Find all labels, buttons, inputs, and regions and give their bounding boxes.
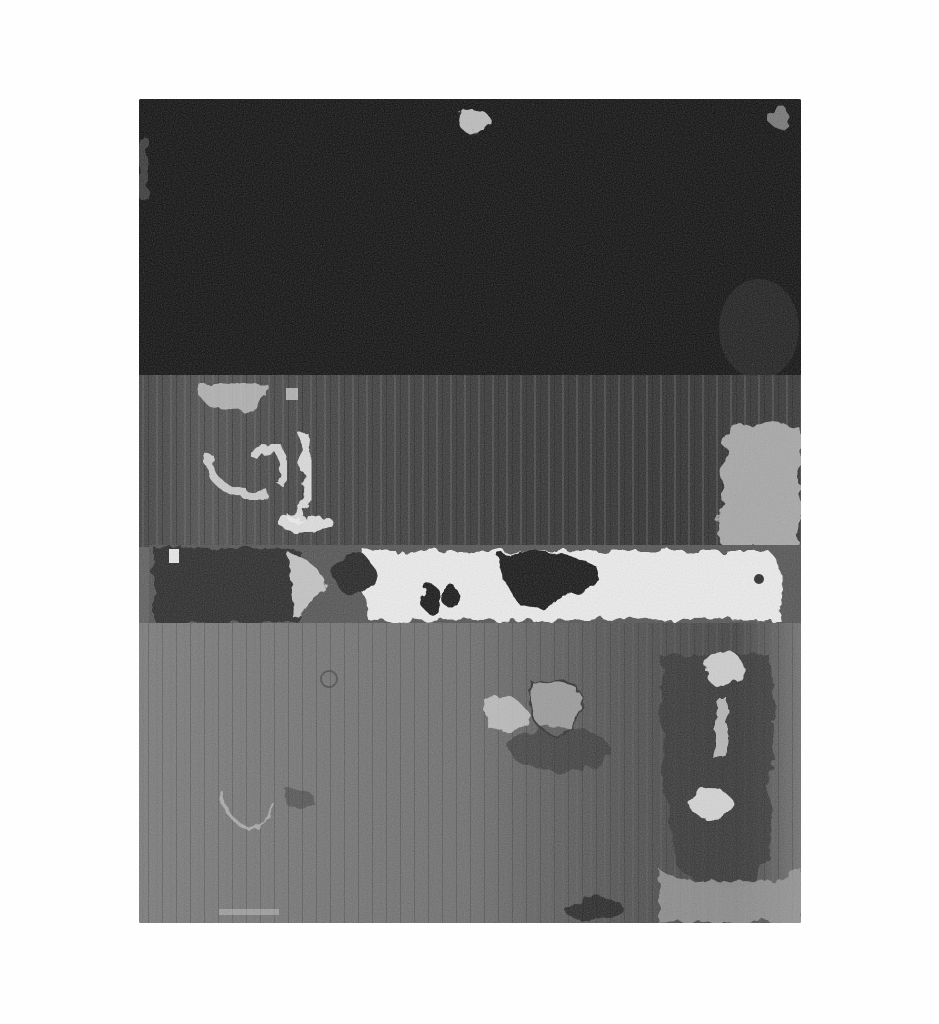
paper-sheet <box>0 0 939 1024</box>
artwork-canvas <box>139 99 801 923</box>
artwork-print <box>139 99 801 923</box>
